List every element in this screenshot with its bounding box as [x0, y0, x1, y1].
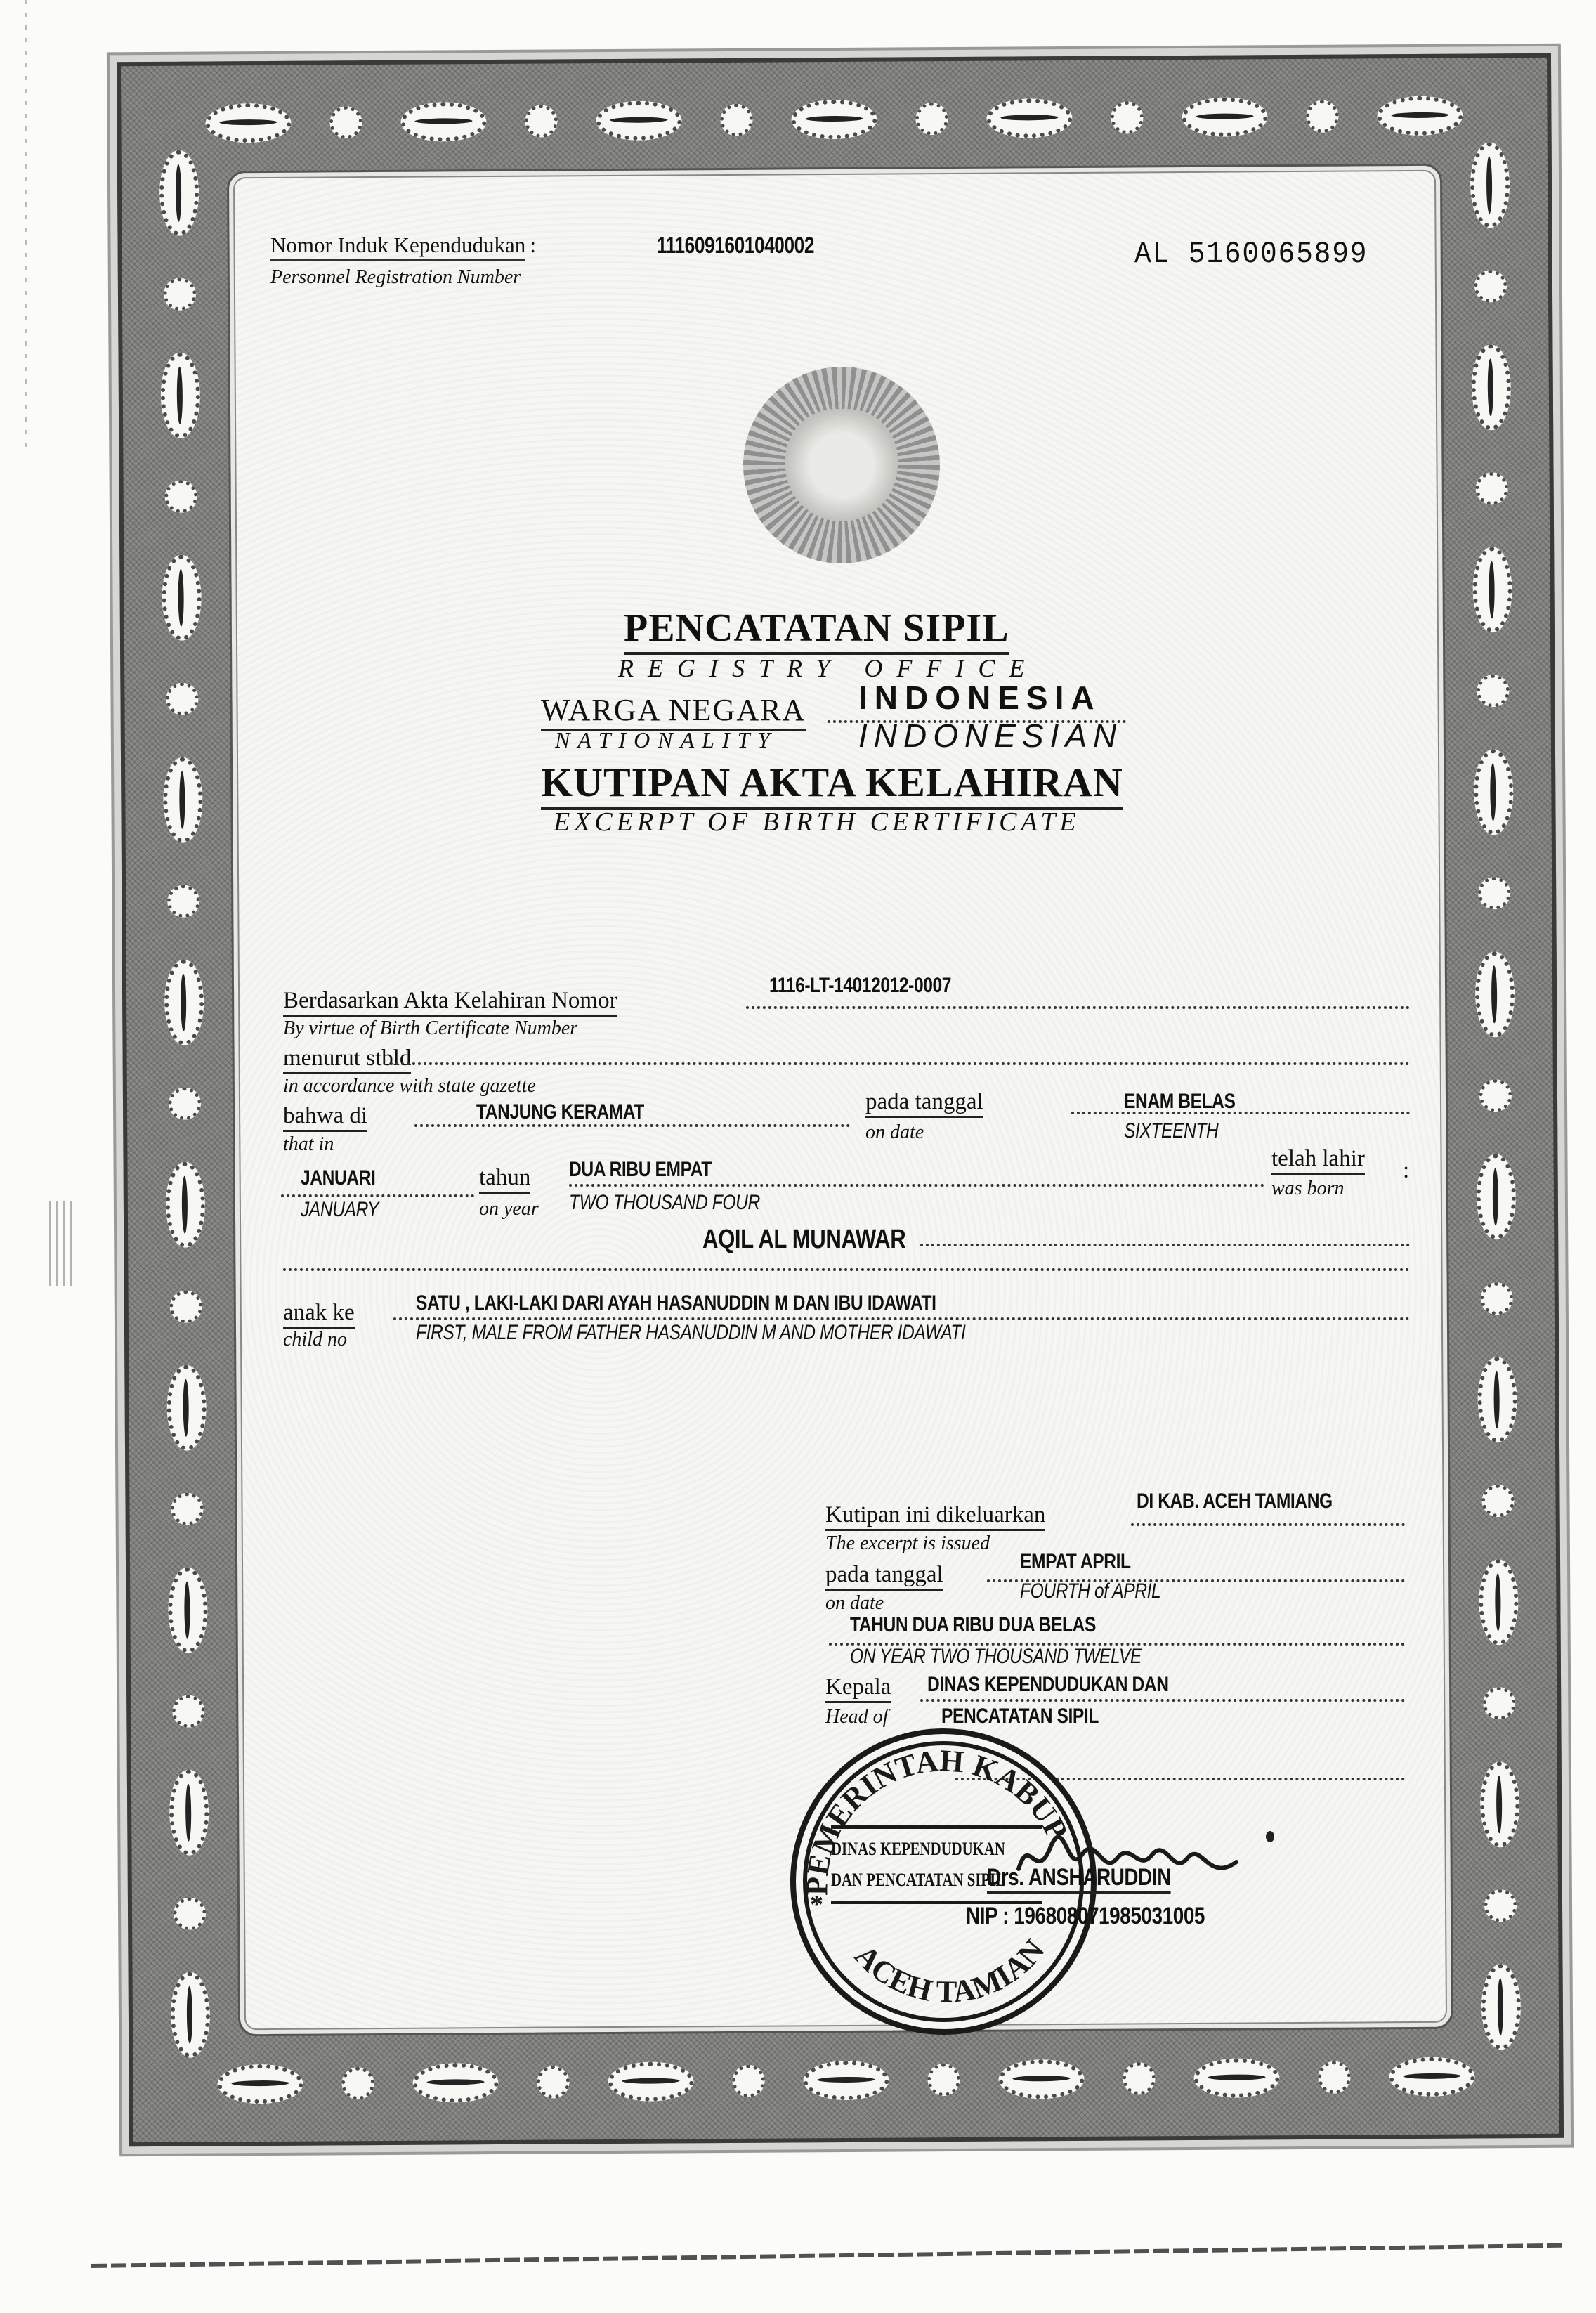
birth-year-value-en: TWO THOUSAND FOUR [569, 1192, 760, 1213]
head-value-2: PENCATATAN SIPIL [941, 1706, 1099, 1727]
child-order-dots [393, 1317, 1410, 1320]
birthplace-dots [414, 1124, 850, 1127]
nationality-label-en: NATIONALITY [555, 727, 778, 753]
issued-year-value-en: ON YEAR TWO THOUSAND TWELVE [850, 1646, 1142, 1667]
serial-number: AL 5160065899 [1134, 237, 1368, 272]
head-label: Kepala [825, 1676, 891, 1703]
nik-label: Nomor Induk Kependudukan: [270, 234, 536, 261]
born-separator: : [1403, 1159, 1409, 1182]
child-order-label-en: child no [283, 1330, 347, 1350]
garuda-emblem-icon [743, 367, 940, 563]
document-title: KUTIPAN AKTA KELAHIRAN [541, 759, 1123, 810]
child-name-dots [920, 1244, 1410, 1246]
birth-date-label-en: on date [865, 1123, 924, 1142]
issued-date-label-en: on date [825, 1594, 884, 1613]
border-ornament-bottom [217, 2056, 1474, 2106]
registry-title: PENCATATAN SIPIL [624, 606, 1009, 655]
nik-label-en: Personnel Registration Number [270, 268, 521, 287]
birth-year-label-en: on year [479, 1199, 539, 1219]
border-ornament-right [1469, 142, 1523, 2050]
issued-place-value: DI KAB. ACEH TAMIANG [1137, 1491, 1333, 1512]
issued-date-value-en: FOURTH of APRIL [1020, 1581, 1160, 1602]
child-order-label: anak ke [283, 1301, 355, 1329]
child-name: AQIL AL MUNAWAR [702, 1226, 905, 1253]
child-order-value-en: FIRST, MALE FROM FATHER HASANUDDIN M AND… [416, 1322, 965, 1343]
border-ornament-left [158, 150, 212, 2058]
cert-number-label-en: By virtue of Birth Certificate Number [283, 1019, 577, 1038]
signatory-name: Drs. ANSHARUDDIN [987, 1865, 1171, 1894]
stbld-label: menurut stbld [283, 1047, 411, 1074]
born-label: telah lahir [1271, 1147, 1365, 1175]
head-value-1: DINAS KEPENDUDUKAN DAN [927, 1674, 1169, 1695]
border-ornament-top [205, 95, 1463, 145]
issued-year-value: TAHUN DUA RIBU DUA BELAS [850, 1615, 1096, 1636]
birth-date-value-en: SIXTEENTH [1124, 1121, 1218, 1142]
born-label-en: was born [1271, 1179, 1344, 1199]
ink-dot [1266, 1831, 1274, 1842]
birth-date-dots [1071, 1112, 1410, 1114]
nationality-value: INDONESIA [858, 679, 1101, 717]
birthplace-label-en: that in [283, 1135, 334, 1154]
scan-edge-artifact [25, 0, 27, 450]
issued-date-label: pada tanggal [825, 1563, 943, 1591]
birth-year-value: DUA RIBU EMPAT [569, 1159, 712, 1180]
nationality-value-en: INDONESIAN [858, 717, 1123, 755]
issued-place-label: Kutipan ini dikeluarkan [825, 1504, 1045, 1531]
cert-number-dots [746, 1006, 1410, 1009]
nik-value: 1116091601040002 [657, 234, 814, 256]
birth-date-label: pada tanggal [865, 1090, 983, 1118]
svg-text:*: * [810, 1890, 823, 1920]
issued-date-value: EMPAT APRIL [1020, 1551, 1131, 1572]
head-label-en: Head of [825, 1707, 888, 1727]
document-title-en: EXCERPT OF BIRTH CERTIFICATE [554, 807, 1080, 838]
birthplace-value: TANJUNG KERAMAT [476, 1102, 644, 1123]
cert-number-value: 1116-LT-14012012-0007 [769, 975, 951, 996]
birth-month-value: JANUARI [301, 1168, 375, 1189]
cert-number-label: Berdasarkan Akta Kelahiran Nomor [283, 989, 617, 1017]
scan-bottom-line [91, 2243, 1566, 2268]
stbld-dots [390, 1062, 1410, 1065]
signatory-nip: NIP : 196808071985031005 [966, 1904, 1205, 1928]
head-dots [920, 1699, 1405, 1702]
birthplace-label: bahwa di [283, 1105, 367, 1132]
birth-year-label: tahun [479, 1166, 530, 1194]
child-order-value: SATU , LAKI-LAKI DARI AYAH HASANUDDIN M … [416, 1293, 936, 1314]
child-name-dots-2 [283, 1268, 1410, 1271]
birth-month-dots [281, 1194, 474, 1197]
scan-mark-artifact [49, 1201, 73, 1286]
birth-year-dots [569, 1184, 1264, 1187]
issued-place-dots [1131, 1523, 1405, 1526]
birth-month-value-en: JANUARY [301, 1199, 379, 1220]
stbld-label-en: in accordance with state gazette [283, 1076, 536, 1096]
issued-place-label-en: The excerpt is issued [825, 1534, 990, 1553]
birth-date-value: ENAM BELAS [1124, 1091, 1236, 1112]
nationality-label: WARGA NEGARA [541, 692, 806, 731]
